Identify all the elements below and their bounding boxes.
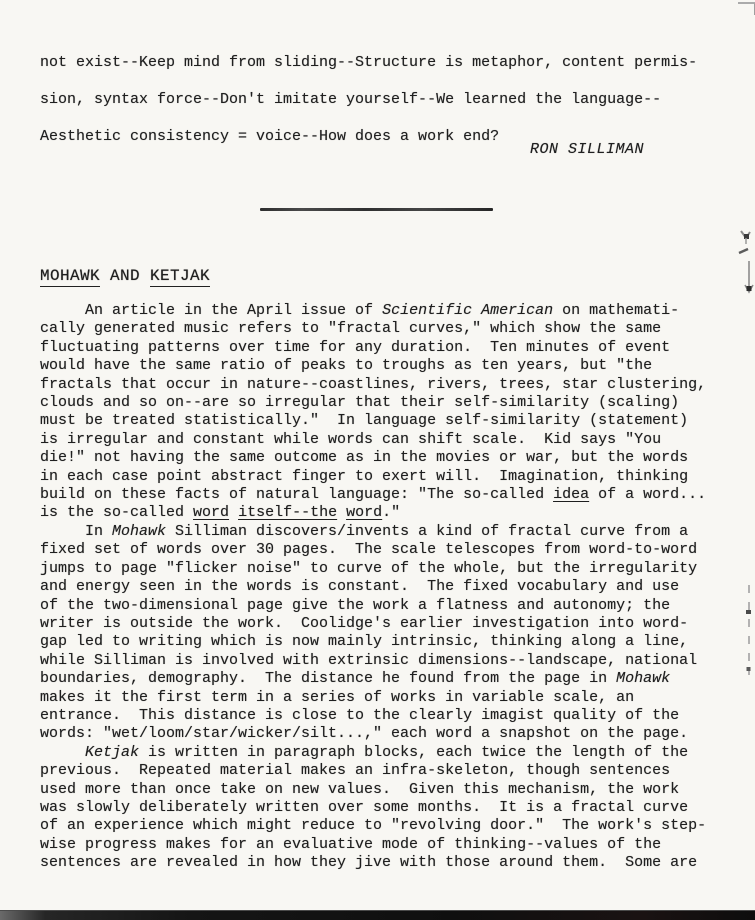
body-line: was slowly deliberately written over som… xyxy=(40,799,706,817)
text-run: build on these facts of natural language… xyxy=(40,486,553,503)
body-line: boundaries, demography. The distance he … xyxy=(40,670,706,688)
pen-arrowhead-mark xyxy=(737,227,754,246)
text-run: fractals that occur in nature--coastline… xyxy=(40,376,706,393)
text-run: in each case point abstract finger to ex… xyxy=(40,468,688,485)
pencil-dashed-line xyxy=(742,583,755,677)
body-line: in each case point abstract finger to ex… xyxy=(40,468,706,486)
text-run: and energy seen in the words is constant… xyxy=(40,578,679,595)
italic-text: Ketjak xyxy=(85,744,139,761)
text-run: was slowly deliberately written over som… xyxy=(40,799,688,816)
text-run: sion, syntax force--Don't imitate yourse… xyxy=(40,91,661,108)
text-run: sentences are revealed in how they jive … xyxy=(40,854,697,871)
body-line: writer is outside the work. Coolidge's e… xyxy=(40,615,706,633)
italic-text: Mohawk xyxy=(616,670,670,687)
text-run: Aesthetic consistency = voice--How does … xyxy=(40,128,499,145)
text-run: not exist--Keep mind from sliding--Struc… xyxy=(40,54,697,71)
text-run: AND xyxy=(100,267,150,285)
body-line: used more than once take on new values. … xyxy=(40,781,706,799)
section-heading: MOHAWK AND KETJAK xyxy=(40,267,210,285)
text-run: previous. Repeated material makes an inf… xyxy=(40,762,670,779)
body-line: fluctuating patterns over time for any d… xyxy=(40,339,706,357)
text-run: Silliman discovers/invents a kind of fra… xyxy=(166,523,688,540)
text-run: gap led to writing which is now mainly i… xyxy=(40,633,688,650)
text-run: is irregular and constant while words ca… xyxy=(40,431,661,448)
section-divider xyxy=(260,208,493,211)
text-run: fluctuating patterns over time for any d… xyxy=(40,339,670,356)
text-run: of an experience which might reduce to "… xyxy=(40,817,706,834)
italic-text: Scientific American xyxy=(382,302,553,319)
body-line: is irregular and constant while words ca… xyxy=(40,431,706,449)
byline: RON SILLIMAN xyxy=(530,141,644,158)
body-line: would have the same ratio of peaks to tr… xyxy=(40,357,706,375)
page-corner-mark xyxy=(738,2,755,15)
body-line: build on these facts of natural language… xyxy=(40,486,706,504)
body-line: sentences are revealed in how they jive … xyxy=(40,854,706,872)
scanned-page: not exist--Keep mind from sliding--Struc… xyxy=(0,0,755,920)
text-run: clouds and so on--are so irregular that … xyxy=(40,394,679,411)
text-run: makes it the first term in a series of w… xyxy=(40,689,634,706)
text-run: entrance. This distance is close to the … xyxy=(40,707,679,724)
underlined-text: word xyxy=(193,504,229,521)
text-run: wise progress makes for an evaluative mo… xyxy=(40,836,661,853)
text-run: is the so-called xyxy=(40,504,193,521)
body-line: gap led to writing which is now mainly i… xyxy=(40,633,706,651)
text-run: of the two-dimensional page give the wor… xyxy=(40,597,670,614)
underlined-text: itself--the xyxy=(238,504,337,521)
scan-edge-band xyxy=(0,910,755,920)
text-run: of a word... xyxy=(589,486,706,503)
body-line: fractals that occur in nature--coastline… xyxy=(40,376,706,394)
text-run: words: "wet/loom/star/wicker/silt...," e… xyxy=(40,725,688,742)
body-line: of an experience which might reduce to "… xyxy=(40,817,706,835)
underlined-text: KETJAK xyxy=(150,267,210,287)
text-run: must be treated statistically." In langu… xyxy=(40,412,688,429)
pen-dash-mark xyxy=(738,246,751,255)
body-line: An article in the April issue of Scienti… xyxy=(40,302,706,320)
intro-line: not exist--Keep mind from sliding--Struc… xyxy=(40,44,697,81)
italic-text: Mohawk xyxy=(112,523,166,540)
body-line: clouds and so on--are so irregular that … xyxy=(40,394,706,412)
body-line: while Silliman is involved with extrinsi… xyxy=(40,652,706,670)
text-run: jumps to page "flicker noise" to curve o… xyxy=(40,560,697,577)
underlined-text: word xyxy=(346,504,382,521)
text-run: ." xyxy=(382,504,400,521)
text-run: An article in the April issue of xyxy=(40,302,382,319)
article-body: An article in the April issue of Scienti… xyxy=(40,302,706,873)
body-line: In Mohawk Silliman discovers/invents a k… xyxy=(40,523,706,541)
body-line: wise progress makes for an evaluative mo… xyxy=(40,836,706,854)
text-run: used more than once take on new values. … xyxy=(40,781,679,798)
text-run: while Silliman is involved with extrinsi… xyxy=(40,652,697,669)
body-line: fixed set of words over 30 pages. The sc… xyxy=(40,541,706,559)
body-line: previous. Repeated material makes an inf… xyxy=(40,762,706,780)
text-run: boundaries, demography. The distance he … xyxy=(40,670,616,687)
body-line: die!" not having the same outcome as in … xyxy=(40,449,706,467)
body-line: of the two-dimensional page give the wor… xyxy=(40,597,706,615)
text-run: is written in paragraph blocks, each twi… xyxy=(139,744,688,761)
body-line: jumps to page "flicker noise" to curve o… xyxy=(40,560,706,578)
text-run: fixed set of words over 30 pages. The sc… xyxy=(40,541,697,558)
body-line: cally generated music refers to "fractal… xyxy=(40,320,706,338)
body-line: entrance. This distance is close to the … xyxy=(40,707,706,725)
text-run xyxy=(40,744,85,761)
body-line: Ketjak is written in paragraph blocks, e… xyxy=(40,744,706,762)
body-line: words: "wet/loom/star/wicker/silt...," e… xyxy=(40,725,706,743)
text-run: would have the same ratio of peaks to tr… xyxy=(40,357,652,374)
body-line: must be treated statistically." In langu… xyxy=(40,412,706,430)
underlined-text: MOHAWK xyxy=(40,267,100,287)
text-run: on mathemati- xyxy=(553,302,679,319)
text-run: die!" not having the same outcome as in … xyxy=(40,449,688,466)
text-run: In xyxy=(40,523,112,540)
text-run xyxy=(229,504,238,521)
body-line: is the so-called word itself--the word." xyxy=(40,504,706,522)
intro-paragraph: not exist--Keep mind from sliding--Struc… xyxy=(40,44,697,155)
intro-line: sion, syntax force--Don't imitate yourse… xyxy=(40,81,697,118)
body-line: makes it the first term in a series of w… xyxy=(40,689,706,707)
body-line: and energy seen in the words is constant… xyxy=(40,578,706,596)
text-run: writer is outside the work. Coolidge's e… xyxy=(40,615,688,632)
text-run: cally generated music refers to "fractal… xyxy=(40,320,661,337)
text-run xyxy=(337,504,346,521)
pen-down-arrow-mark xyxy=(741,261,755,299)
underlined-text: idea xyxy=(553,486,589,503)
